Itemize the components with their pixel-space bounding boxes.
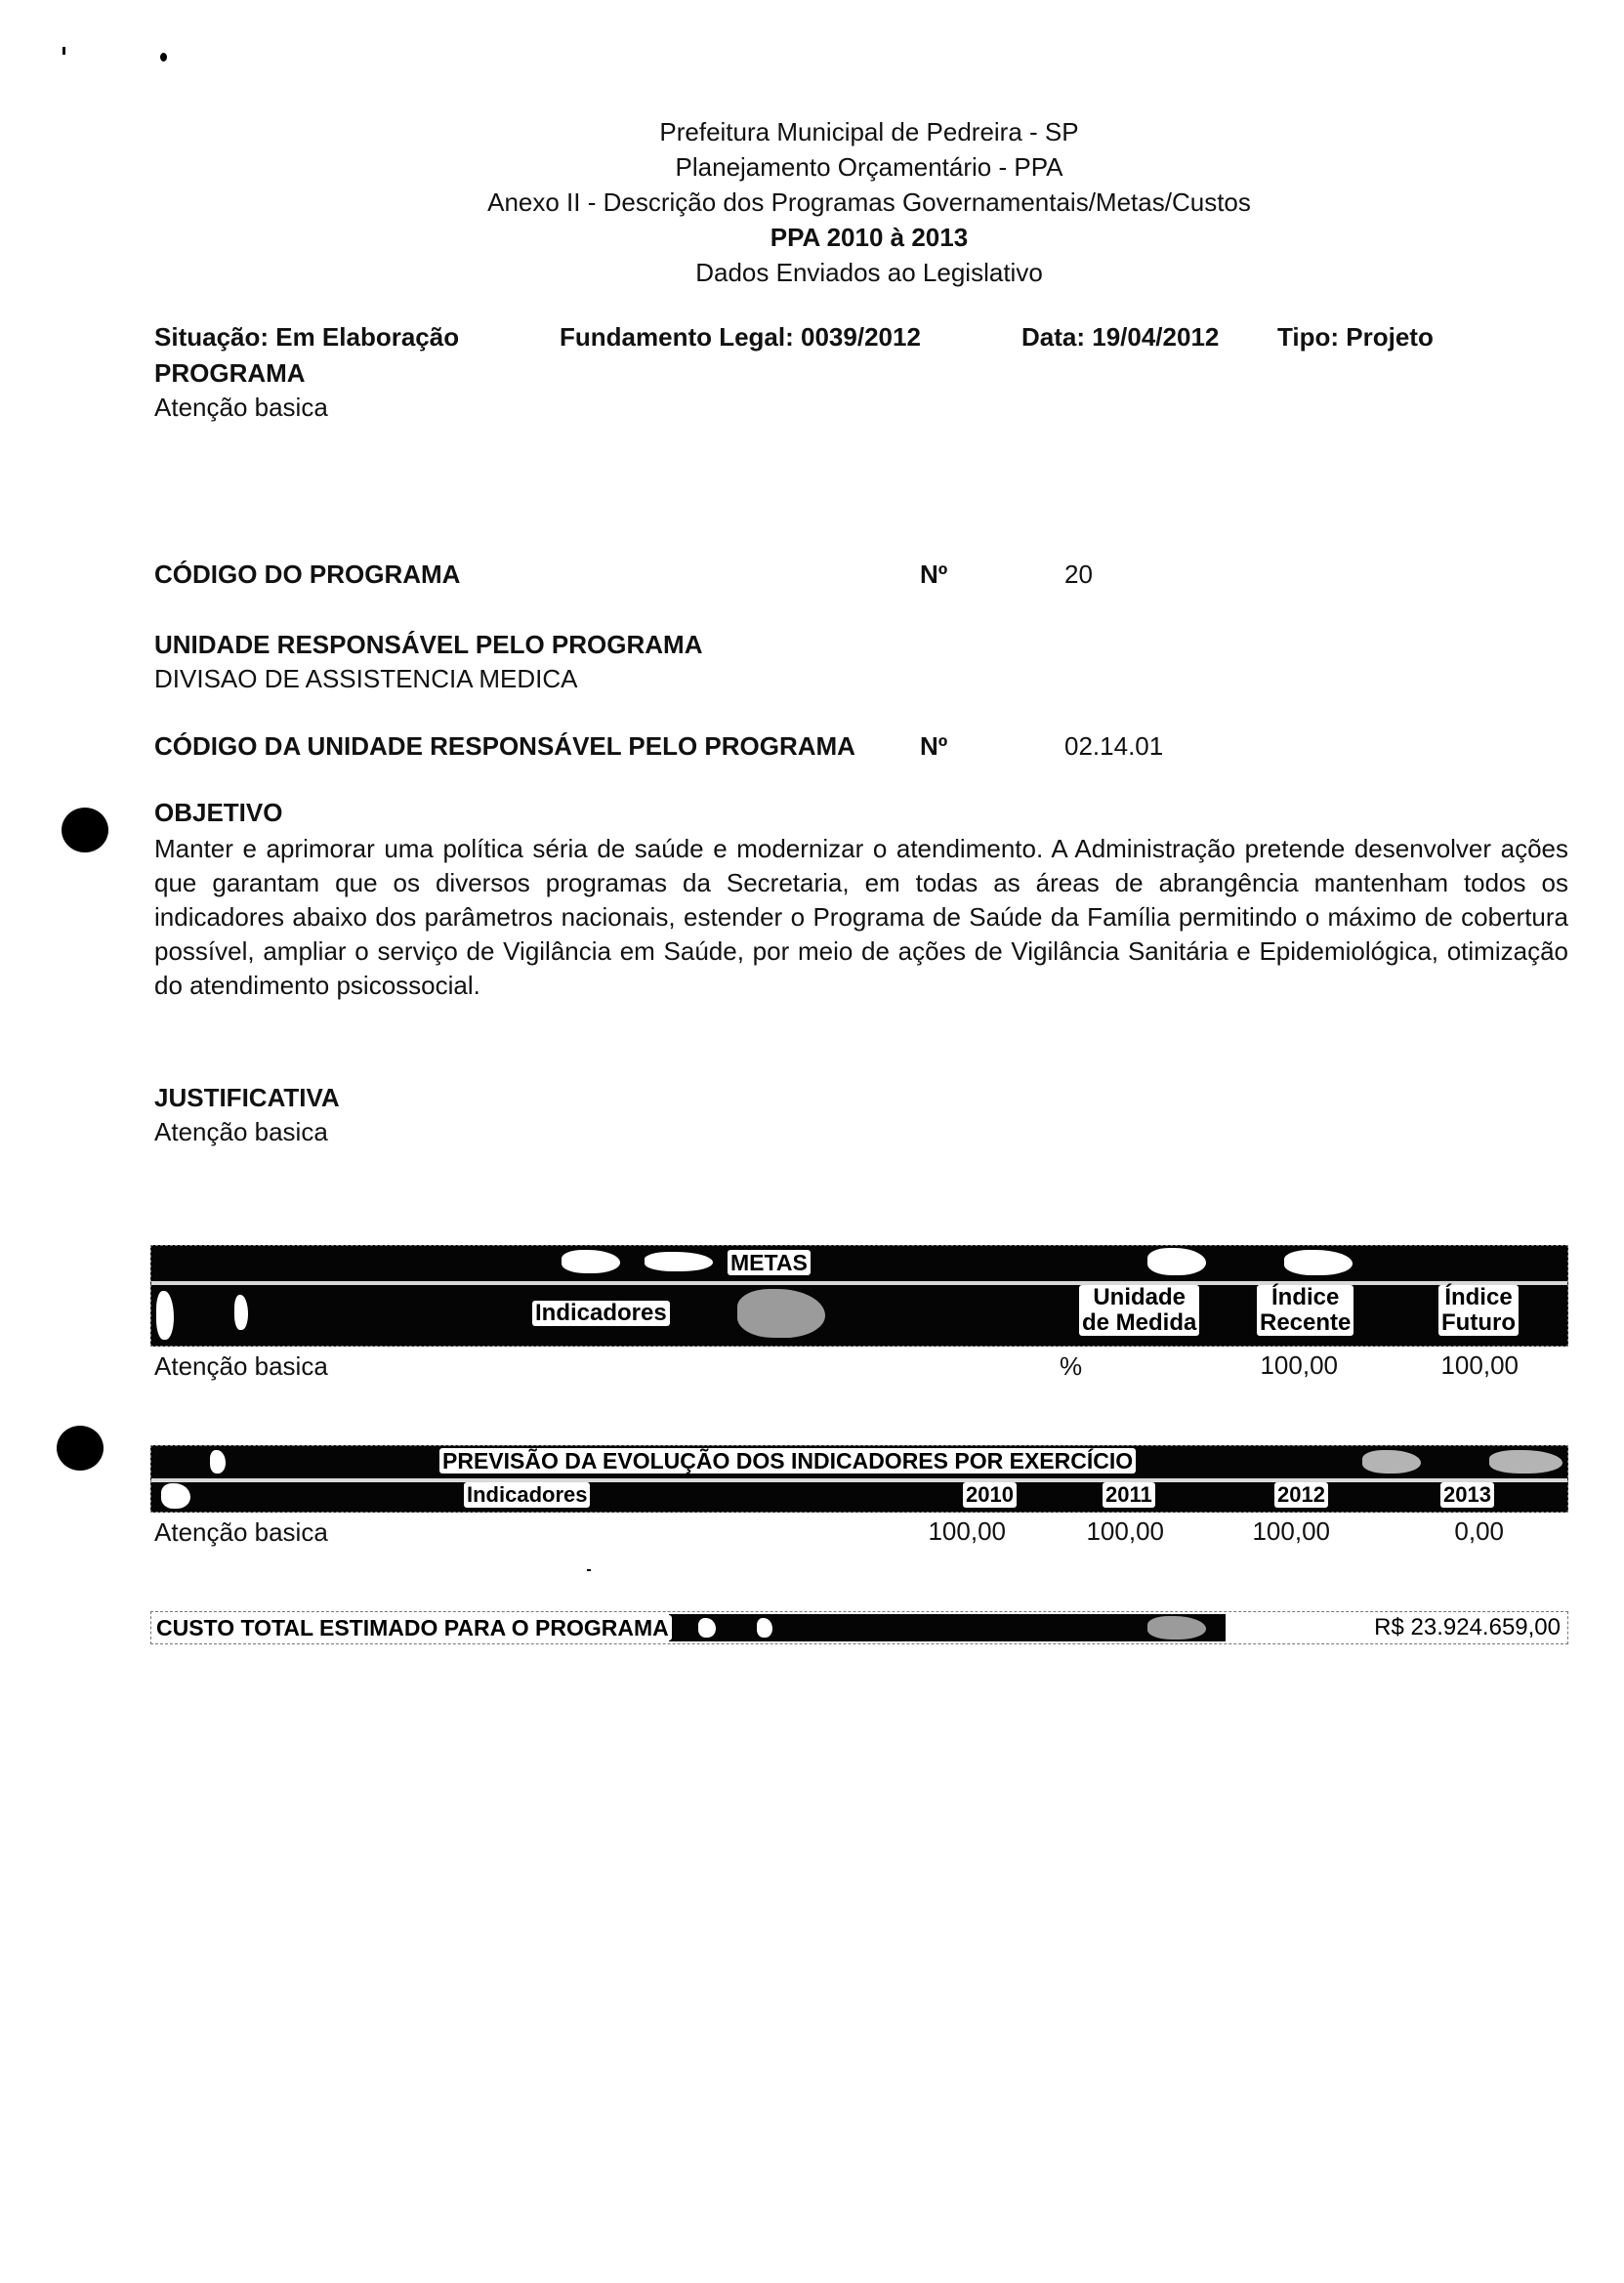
previsao-row-2013: 0,00 [1377, 1516, 1504, 1547]
previsao-row-indicador: Atenção basica [154, 1516, 328, 1548]
metas-row-indice-futuro: 100,00 [1392, 1350, 1519, 1381]
previsao-header-bar: PREVISÃO DA EVOLUÇÃO DOS INDICADORES POR… [150, 1445, 1568, 1513]
situacao-field: Situação: Em Elaboração [154, 321, 459, 353]
col-indicadores: Indicadores [464, 1482, 590, 1508]
scan-speck [587, 1569, 591, 1571]
metas-header-bar: METAS Indicadores Unidade de Medida Índi… [150, 1245, 1568, 1347]
metas-row-indicador: Atenção basica [154, 1350, 328, 1382]
col-indice-futuro: Índice Futuro [1438, 1285, 1519, 1336]
header-ppa-period: PPA 2010 à 2013 [0, 221, 1624, 254]
punch-hole-icon [62, 808, 108, 852]
col-2012: 2012 [1274, 1482, 1328, 1508]
col-2010: 2010 [963, 1482, 1017, 1508]
header-status-note: Dados Enviados ao Legislativo [0, 256, 1624, 289]
col-indicadores: Indicadores [532, 1301, 670, 1326]
custo-total-value: R$ 23.924.659,00 [1371, 1615, 1563, 1640]
col-indice-recente: Índice Recente [1257, 1285, 1353, 1336]
header-planning: Planejamento Orçamentário - PPA [0, 150, 1624, 184]
scan-dot [160, 53, 167, 62]
data-field: Data: 19/04/2012 [1021, 321, 1219, 353]
previsao-row-2010: 100,00 [879, 1516, 1006, 1547]
col-unidade-medida: Unidade de Medida [1079, 1285, 1199, 1336]
tipo-field: Tipo: Projeto [1277, 321, 1434, 353]
programa-value: Atenção basica [154, 392, 328, 423]
codigo-unidade-num-label: Nº [920, 730, 947, 762]
metas-title: METAS [728, 1250, 811, 1275]
previsao-title: PREVISÃO DA EVOLUÇÃO DOS INDICADORES POR… [439, 1448, 1136, 1474]
fundamento-legal-field: Fundamento Legal: 0039/2012 [560, 321, 921, 353]
programa-label: PROGRAMA [154, 357, 306, 389]
header-municipality: Prefeitura Municipal de Pedreira - SP [0, 115, 1624, 148]
objetivo-label: OBJETIVO [154, 797, 282, 828]
metas-row-indice-recente: 100,00 [1211, 1350, 1338, 1381]
codigo-programa-label: CÓDIGO DO PROGRAMA [154, 559, 460, 590]
col-2013: 2013 [1440, 1482, 1494, 1508]
objetivo-text: Manter e aprimorar uma política séria de… [154, 832, 1568, 1003]
justificativa-label: JUSTIFICATIVA [154, 1082, 340, 1113]
col-2011: 2011 [1103, 1482, 1155, 1508]
punch-hole-icon [57, 1426, 104, 1471]
custo-total-label: CUSTO TOTAL ESTIMADO PARA O PROGRAMA [153, 1615, 672, 1640]
header-annex: Anexo II - Descrição dos Programas Gover… [0, 186, 1624, 219]
unidade-responsavel-label: UNIDADE RESPONSÁVEL PELO PROGRAMA [154, 629, 702, 660]
metas-row-unidade: % [1060, 1350, 1082, 1382]
codigo-unidade-value: 02.14.01 [1064, 730, 1163, 762]
codigo-unidade-label: CÓDIGO DA UNIDADE RESPONSÁVEL PELO PROGR… [154, 730, 855, 762]
previsao-row-2012: 100,00 [1203, 1516, 1330, 1547]
unidade-responsavel-value: DIVISAO DE ASSISTENCIA MEDICA [154, 663, 577, 694]
codigo-programa-num-label: Nº [920, 559, 947, 590]
justificativa-value: Atenção basica [154, 1116, 328, 1147]
codigo-programa-value: 20 [1064, 559, 1093, 590]
previsao-row-2011: 100,00 [1037, 1516, 1164, 1547]
scan-mark [62, 47, 65, 55]
custo-total-bar: CUSTO TOTAL ESTIMADO PARA O PROGRAMA R$ … [150, 1611, 1568, 1644]
